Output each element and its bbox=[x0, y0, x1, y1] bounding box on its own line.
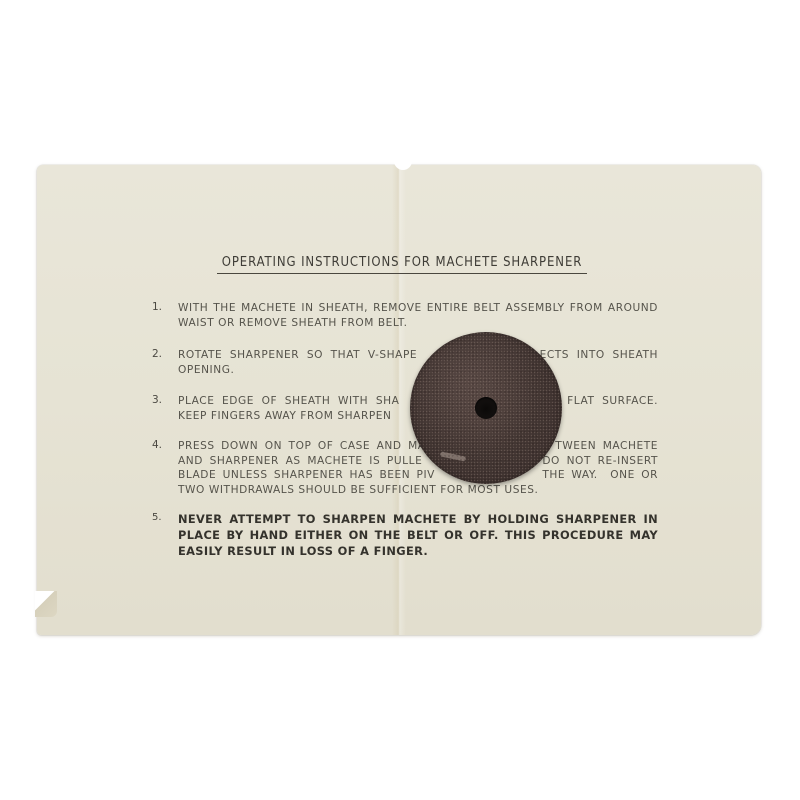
instruction-number: 3. bbox=[152, 394, 162, 406]
instruction-line: PLACE BY HAND EITHER ON THE BELT OR OFF.… bbox=[178, 527, 658, 543]
instruction-line: NEVER ATTEMPT TO SHARPEN MACHETE BY HOLD… bbox=[178, 511, 658, 527]
instruction-line: ROTATE SHARPENER SO THAT V-SHAPE ECTS IN… bbox=[178, 348, 658, 363]
instruction-number: 2. bbox=[152, 348, 162, 360]
instruction-line: AND SHARPENER AS MACHETE IS PULLE DO NOT… bbox=[178, 454, 658, 469]
disc-center-hole bbox=[475, 397, 497, 419]
instruction-line: TWO WITHDRAWALS SHOULD BE SUFFICIENT FOR… bbox=[178, 483, 658, 498]
paper-folded-corner bbox=[35, 591, 57, 617]
instruction-line: WITH THE MACHETE IN SHEATH, REMOVE ENTIR… bbox=[178, 301, 658, 316]
stone-chip-mark bbox=[440, 451, 466, 461]
document-title: OPERATING INSTRUCTIONS FOR MACHETE SHARP… bbox=[217, 255, 587, 274]
instruction-line: EASILY RESULT IN LOSS OF A FINGER. bbox=[178, 543, 658, 559]
instruction-line: BLADE UNLESS SHARPENER HAS BEEN PIV THE … bbox=[178, 468, 658, 483]
instruction-number: 5. bbox=[152, 512, 162, 523]
sharpening-stone-disc bbox=[410, 332, 562, 484]
instruction-line: WAIST OR REMOVE SHEATH FROM BELT. bbox=[178, 316, 658, 331]
instruction-number: 4. bbox=[152, 439, 162, 451]
instruction-sheet: OPERATING INSTRUCTIONS FOR MACHETE SHARP… bbox=[37, 165, 761, 635]
instruction-number: 1. bbox=[152, 301, 162, 313]
